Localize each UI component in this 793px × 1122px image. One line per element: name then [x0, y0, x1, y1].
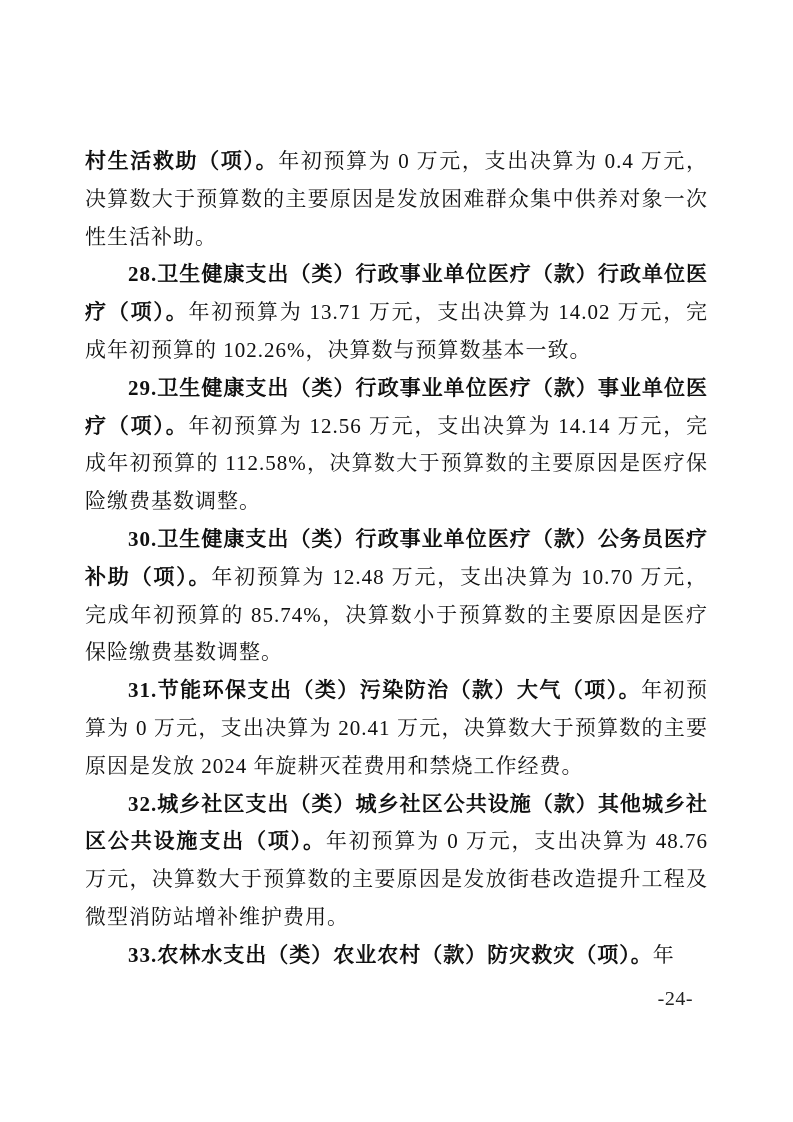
- document-page: 村生活救助（项）。年初预算为 0 万元，支出决算为 0.4 万元，决算数大于预算…: [0, 0, 793, 1122]
- paragraph: 村生活救助（项）。年初预算为 0 万元，支出决算为 0.4 万元，决算数大于预算…: [85, 143, 708, 256]
- document-body: 村生活救助（项）。年初预算为 0 万元，支出决算为 0.4 万元，决算数大于预算…: [85, 143, 708, 975]
- paragraph: 31.节能环保支出（类）污染防治（款）大气（项）。年初预算为 0 万元，支出决算…: [85, 672, 708, 785]
- paragraph-lead: 村生活救助（项）。: [85, 149, 278, 173]
- paragraph: 32.城乡社区支出（类）城乡社区公共设施（款）其他城乡社区公共设施支出（项）。年…: [85, 786, 708, 937]
- paragraph-lead: 33.农林水支出（类）农业农村（款）防灾救灾（项）。: [128, 943, 653, 967]
- paragraph: 33.农林水支出（类）农业农村（款）防灾救灾（项）。年: [85, 937, 708, 975]
- paragraph: 29.卫生健康支出（类）行政事业单位医疗（款）事业单位医疗（项）。年初预算为 1…: [85, 370, 708, 521]
- paragraph: 28.卫生健康支出（类）行政事业单位医疗（款）行政单位医疗（项）。年初预算为 1…: [85, 256, 708, 369]
- paragraph: 30.卫生健康支出（类）行政事业单位医疗（款）公务员医疗补助（项）。年初预算为 …: [85, 521, 708, 672]
- paragraph-body: 年: [653, 943, 675, 967]
- page-number: -24-: [658, 988, 693, 1011]
- paragraph-lead: 31.节能环保支出（类）污染防治（款）大气（项）。: [128, 678, 641, 702]
